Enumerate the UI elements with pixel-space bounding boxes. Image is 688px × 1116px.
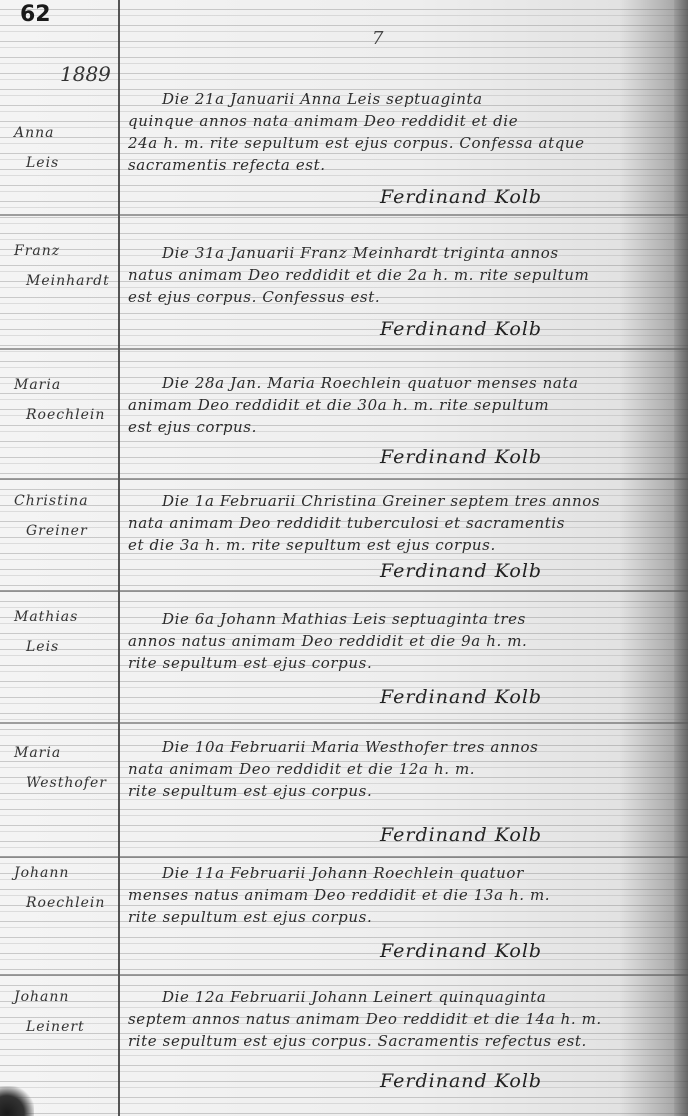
entry-text: Die 6a Johann Mathias Leis septuaginta t… — [128, 608, 648, 674]
entry-margin-name: Maria Westhofer — [10, 738, 114, 798]
scan-smudge — [0, 1086, 34, 1116]
entry-text: Die 10a Februarii Maria Westhofer tres a… — [128, 736, 648, 802]
entry-margin-name: Franz Meinhardt — [10, 236, 114, 296]
entry-text: Die 11a Februarii Johann Roechlein quatu… — [128, 862, 648, 928]
priest-signature: Ferdinand Kolb — [380, 686, 542, 708]
entry-text: Die 31a Januarii Franz Meinhardt trigint… — [128, 242, 648, 308]
priest-signature: Ferdinand Kolb — [380, 940, 542, 962]
priest-signature: Ferdinand Kolb — [380, 824, 542, 846]
priest-signature: Ferdinand Kolb — [380, 186, 542, 208]
entry-margin-name: Johann Roechlein — [10, 858, 114, 918]
scan-edge-shadow — [674, 0, 688, 1116]
entry-divider — [0, 478, 688, 480]
entry-divider — [0, 974, 688, 976]
entry-margin-name: Mathias Leis — [10, 602, 114, 662]
entry-divider — [0, 214, 688, 216]
entry-text: Die 1a Februarii Christina Greiner septe… — [128, 490, 648, 556]
entry-margin-name: Christina Greiner — [10, 486, 114, 546]
entry-margin-name: Johann Leinert — [10, 982, 114, 1042]
entry-margin-name: Anna Leis — [10, 118, 114, 178]
priest-signature: Ferdinand Kolb — [380, 446, 542, 468]
entry-margin-name: Maria Roechlein — [10, 370, 114, 430]
register-page: 62 7 1889 Anna Leis Die 21a Januarii Ann… — [0, 0, 688, 1116]
priest-signature: Ferdinand Kolb — [380, 318, 542, 340]
entry-text: Die 28a Jan. Maria Roechlein quatuor men… — [128, 372, 648, 438]
entry-divider — [0, 722, 688, 724]
top-mark: 7 — [372, 28, 383, 49]
margin-rule — [118, 0, 120, 1116]
register-year: 1889 — [60, 62, 111, 86]
priest-signature: Ferdinand Kolb — [380, 1070, 542, 1092]
priest-signature: Ferdinand Kolb — [380, 560, 542, 582]
entry-divider — [0, 590, 688, 592]
page-number: 62 — [20, 2, 51, 27]
entry-text: Die 21a Januarii Anna Leis septuaginta q… — [128, 88, 648, 176]
entry-divider — [0, 348, 688, 350]
entry-text: Die 12a Februarii Johann Leinert quinqua… — [128, 986, 648, 1052]
